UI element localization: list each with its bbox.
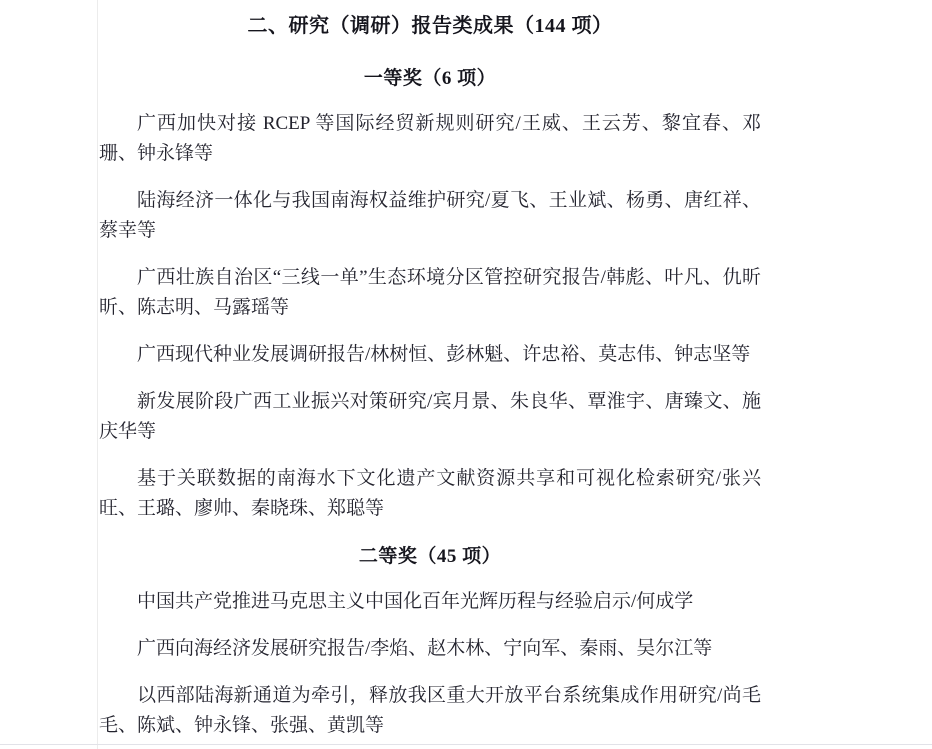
document-title: 二、研究（调研）报告类成果（144 项） [99,13,761,39]
first-prize-heading: 一等奖（6 项） [99,66,761,92]
second-prize-heading: 二等奖（45 项） [99,544,761,570]
entry-paragraph: 陆海经济一体化与我国南海权益维护研究/夏飞、王业斌、杨勇、唐红祥、蔡幸等 [99,186,761,246]
entry-paragraph: 广西现代种业发展调研报告/林树恒、彭林魁、许忠裕、莫志伟、钟志坚等 [99,340,761,370]
entry-paragraph: 广西向海经济发展研究报告/李焰、赵木林、宁向军、秦雨、吴尔江等 [99,634,761,664]
entry-paragraph: 新发展阶段广西工业振兴对策研究/宾月景、朱良华、覃淮宇、唐臻文、施庆华等 [99,387,761,447]
page-left-border [97,0,98,749]
entry-paragraph: 以西部陆海新通道为牵引，释放我区重大开放平台系统集成作用研究/尚毛毛、陈斌、钟永… [99,681,761,741]
entry-paragraph: 广西壮族自治区“三线一单”生态环境分区管控研究报告/韩彪、叶凡、仇昕昕、陈志明、… [99,263,761,323]
page-bottom-border [0,744,932,745]
entry-paragraph: 基于关联数据的南海水下文化遗产文献资源共享和可视化检索研究/张兴旺、王璐、廖帅、… [99,464,761,524]
document-page: 二、研究（调研）报告类成果（144 项） 一等奖（6 项） 广西加快对接 RCE… [99,0,761,741]
entry-paragraph: 广西加快对接 RCEP 等国际经贸新规则研究/王威、王云芳、黎宜春、邓珊、钟永锋… [99,109,761,169]
entry-paragraph: 中国共产党推进马克思主义中国化百年光辉历程与经验启示/何成学 [99,587,761,617]
